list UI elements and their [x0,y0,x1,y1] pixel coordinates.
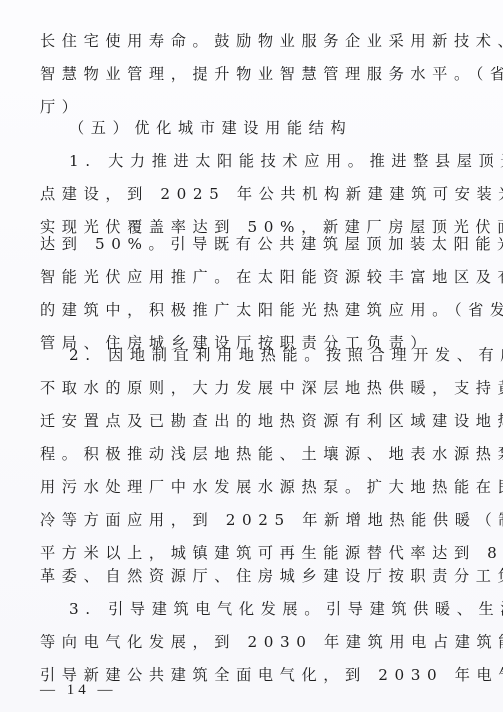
text-line: 迁安置点及已勘查出的地热资源有利区域建设地热供暖示范工 [40,410,480,432]
document-page: 长住宅使用寿命。鼓励物业服务企业采用新技术、新方法，加强 智慧物业管理，提升物业… [0,0,503,712]
text-line: 程。积极推动浅层地热能、土壤源、地表水源热泵供暖制冷，利 [40,443,480,465]
text-line: 冷等方面应用，到 2025 年新增地热能供暖（制冷）能力 5000 万 [40,509,480,531]
text-line: 长住宅使用寿命。鼓励物业服务企业采用新技术、新方法，加强 [40,30,480,52]
page-number: — 14 — [40,680,117,700]
section-heading: （五）优化城市建设用能结构 [69,117,503,139]
text-line: 用污水处理厂中水发展水源热泵。扩大地热能在民用建筑供暖制 [40,476,480,498]
text-line: 厅） [40,96,480,118]
text-line: 等向电气化发展，到 2030 年建筑用电占建筑能耗比例超过 65%。 [40,631,480,653]
text-line: 的建筑中，积极推广太阳能光热建筑应用。（省发展改革委、事 [40,299,480,321]
text-line: 点建设，到 2025 年公共机构新建建筑可安装光伏屋顶面积力争 [40,183,480,205]
paragraph-start: 3. 引导建筑电气化发展。引导建筑供暖、生活热水、炊事 [69,598,503,620]
text-line: 革委、自然资源厅、住房城乡建设厅按职责分工负责） [40,565,480,587]
text-line: 智慧物业管理，提升物业智慧管理服务水平。（省住房城乡建设 [40,63,480,85]
paragraph-start: 1. 大力推进太阳能技术应用。推进整县屋顶光伏一体化试 [69,150,503,172]
text-line: 不取水的原则，大力发展中深层地热供暖，支持黄河滩区居民搬 [40,377,480,399]
text-line: 达到 50%。引导既有公共建筑屋顶加装太阳能光伏系统。加快 [40,233,480,255]
text-line: 智能光伏应用推广。在太阳能资源较丰富地区及有稳定热水需求 [40,266,480,288]
paragraph-start: 2. 因地制宜利用地热能。按照合理开发、有序推动、取能 [69,344,503,366]
text-line: 平方米以上，城镇建筑可再生能源替代率达到 8%。（省发展改 [40,542,480,564]
